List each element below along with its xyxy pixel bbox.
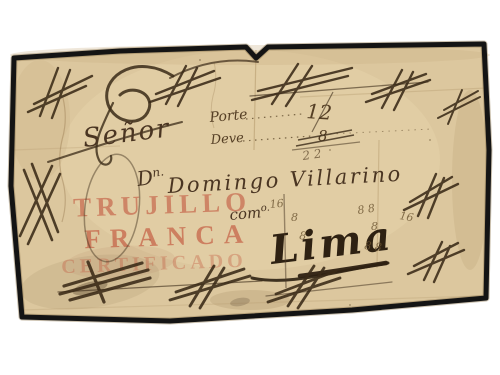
jotting: 8 8 xyxy=(357,202,376,217)
jotting: 8 8 xyxy=(364,239,383,254)
envelope-photo: TRUJILLO FRANCA CERTIFICADO Porte 12 Dev… xyxy=(0,0,500,375)
jotting: 8 xyxy=(371,220,378,233)
jotting: 8 xyxy=(299,229,307,243)
jotting: 16 xyxy=(269,197,284,211)
porte-label: Porte xyxy=(208,107,248,126)
honorific-superscript: n. xyxy=(151,164,164,179)
jotting: 8 xyxy=(291,211,298,224)
deve-label: Deve xyxy=(209,131,244,148)
photo-stage: TRUJILLO FRANCA CERTIFICADO Porte 12 Dev… xyxy=(0,0,500,375)
jotting: 16 xyxy=(398,209,414,224)
postmark-line2: FRANCA xyxy=(84,218,253,254)
deve-scribble: 2 2 xyxy=(300,146,322,163)
care-base: com xyxy=(229,203,262,224)
porte-value: 12 xyxy=(306,99,333,125)
